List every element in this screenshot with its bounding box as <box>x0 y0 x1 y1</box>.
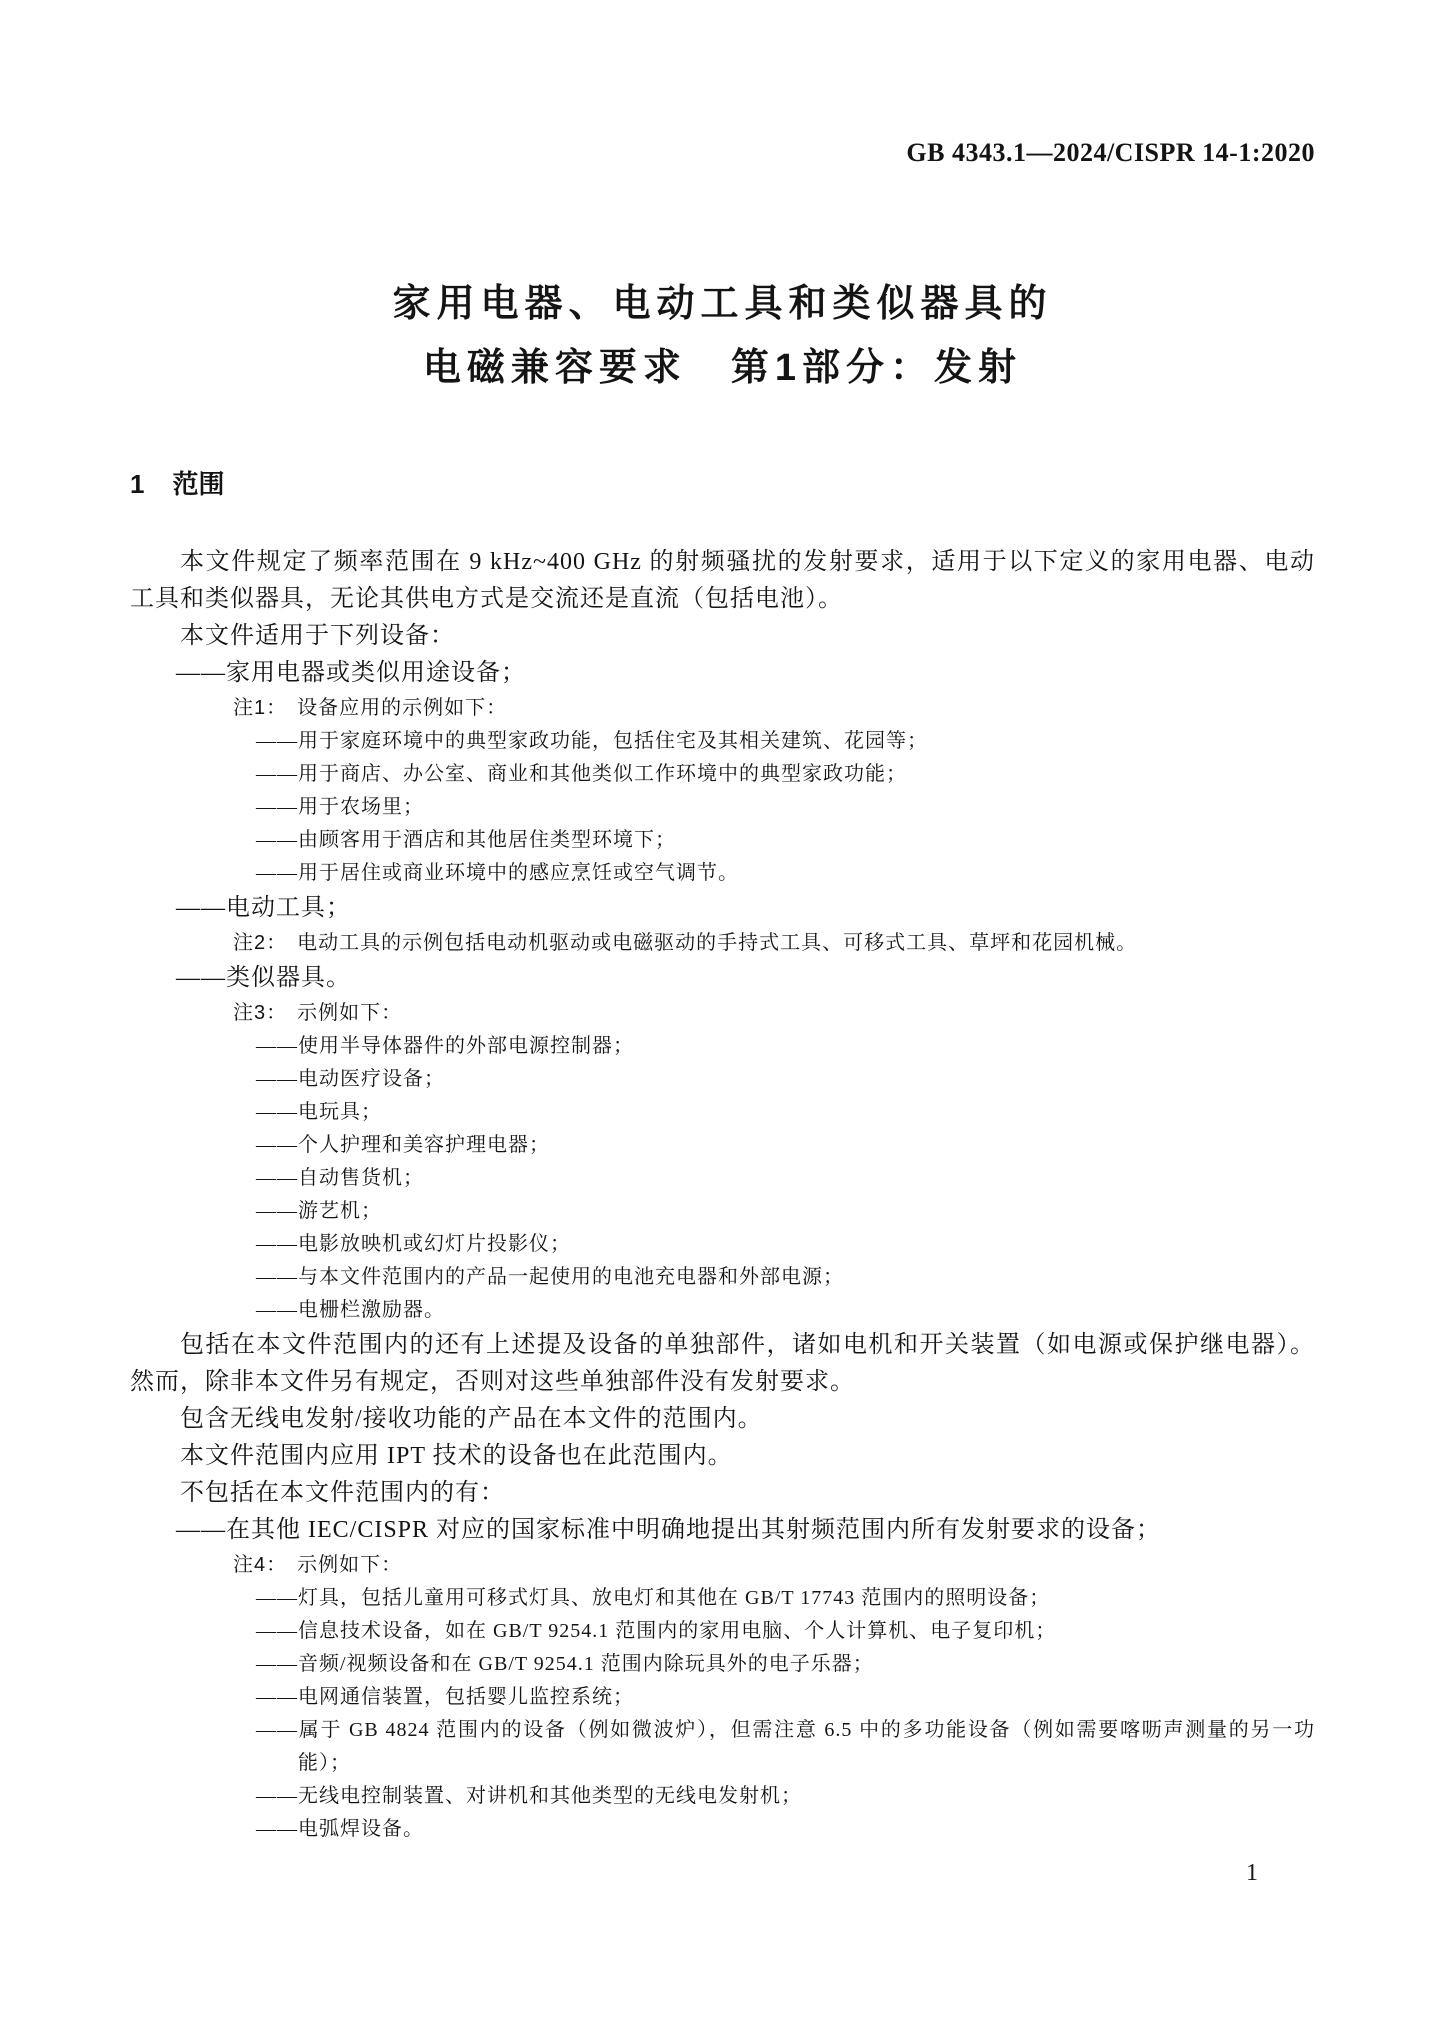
note-text: 电动工具的示例包括电动机驱动或电磁驱动的手持式工具、可移式工具、草坪和花园机械。 <box>297 932 1137 954</box>
note-label: 注4： <box>233 1554 287 1576</box>
note-text: 设备应用的示例如下： <box>297 697 507 719</box>
note-label: 注3： <box>233 1002 287 1024</box>
sub-list-item: ——电影放映机或幻灯片投影仪； <box>130 1228 1315 1261</box>
paragraph: 本文件范围内应用 IPT 技术的设备也在此范围内。 <box>130 1438 1315 1475</box>
note-label: 注1： <box>233 697 287 719</box>
sub-list-item: ——由顾客用于酒店和其他居住类型环境下； <box>130 824 1315 857</box>
sub-list-item: ——电栅栏激励器。 <box>130 1294 1315 1327</box>
paragraph: 包括在本文件范围内的还有上述提及设备的单独部件，诸如电机和开关装置（如电源或保护… <box>130 1327 1315 1401</box>
list-item-dash: ——电动工具； <box>130 890 1315 927</box>
list-item-dash: ——家用电器或类似用途设备； <box>130 655 1315 692</box>
document-title: 家用电器、电动工具和类似器具的 电磁兼容要求 第1部分：发射 <box>130 272 1315 400</box>
note-text: 示例如下： <box>297 1554 402 1576</box>
list-item-dash: ——类似器具。 <box>130 960 1315 997</box>
sub-list-item: ——用于居住或商业环境中的感应烹饪或空气调节。 <box>130 857 1315 890</box>
sub-list-item: ——属于 GB 4824 范围内的设备（例如微波炉），但需注意 6.5 中的多功… <box>130 1714 1315 1780</box>
paragraph: 本文件适用于下列设备： <box>130 618 1315 655</box>
sub-list-item: ——用于商店、办公室、商业和其他类似工作环境中的典型家政功能； <box>130 758 1315 791</box>
sub-list-item: ——与本文件范围内的产品一起使用的电池充电器和外部电源； <box>130 1261 1315 1294</box>
paragraph: 包含无线电发射/接收功能的产品在本文件的范围内。 <box>130 1401 1315 1438</box>
sub-list-item: ——电弧焊设备。 <box>130 1813 1315 1846</box>
note-label: 注2： <box>233 932 287 954</box>
page-number: 1 <box>1246 1860 1258 1887</box>
sub-list-item: ——游艺机； <box>130 1195 1315 1228</box>
standard-code: GB 4343.1—2024/CISPR 14-1:2020 <box>130 138 1315 168</box>
sub-list-item: ——信息技术设备，如在 GB/T 9254.1 范围内的家用电脑、个人计算机、电… <box>130 1615 1315 1648</box>
sub-list-item: ——无线电控制装置、对讲机和其他类型的无线电发射机； <box>130 1780 1315 1813</box>
note: 注2：电动工具的示例包括电动机驱动或电磁驱动的手持式工具、可移式工具、草坪和花园… <box>130 927 1315 960</box>
sub-list-item: ——用于农场里； <box>130 791 1315 824</box>
note: 注3：示例如下： <box>130 997 1315 1030</box>
document-title-line2: 电磁兼容要求 第1部分：发射 <box>130 336 1315 400</box>
sub-list-item: ——音频/视频设备和在 GB/T 9254.1 范围内除玩具外的电子乐器； <box>130 1648 1315 1681</box>
sub-list-item: ——灯具，包括儿童用可移式灯具、放电灯和其他在 GB/T 17743 范围内的照… <box>130 1582 1315 1615</box>
sub-list-item: ——电玩具； <box>130 1096 1315 1129</box>
list-item-dash: ——在其他 IEC/CISPR 对应的国家标准中明确地提出其射频范围内所有发射要… <box>130 1512 1315 1549</box>
sub-list-item: ——自动售货机； <box>130 1162 1315 1195</box>
section-heading: 1范围 <box>130 468 1315 500</box>
content-area: 本文件规定了频率范围在 9 kHz~400 GHz 的射频骚扰的发射要求，适用于… <box>130 544 1315 1846</box>
paragraph: 不包括在本文件范围内的有： <box>130 1475 1315 1512</box>
sub-list-item: ——电动医疗设备； <box>130 1063 1315 1096</box>
document-title-line1: 家用电器、电动工具和类似器具的 <box>130 272 1315 336</box>
section-number: 1 <box>130 468 144 500</box>
sub-list-item: ——使用半导体器件的外部电源控制器； <box>130 1030 1315 1063</box>
sub-list-item: ——个人护理和美容护理电器； <box>130 1129 1315 1162</box>
note: 注1：设备应用的示例如下： <box>130 692 1315 725</box>
paragraph: 本文件规定了频率范围在 9 kHz~400 GHz 的射频骚扰的发射要求，适用于… <box>130 544 1315 618</box>
note: 注4：示例如下： <box>130 1549 1315 1582</box>
sub-list-item: ——用于家庭环境中的典型家政功能，包括住宅及其相关建筑、花园等； <box>130 725 1315 758</box>
section-title: 范围 <box>172 469 224 499</box>
note-text: 示例如下： <box>297 1002 402 1024</box>
document-page: GB 4343.1—2024/CISPR 14-1:2020 家用电器、电动工具… <box>0 0 1445 2044</box>
sub-list-item: ——电网通信装置，包括婴儿监控系统； <box>130 1681 1315 1714</box>
